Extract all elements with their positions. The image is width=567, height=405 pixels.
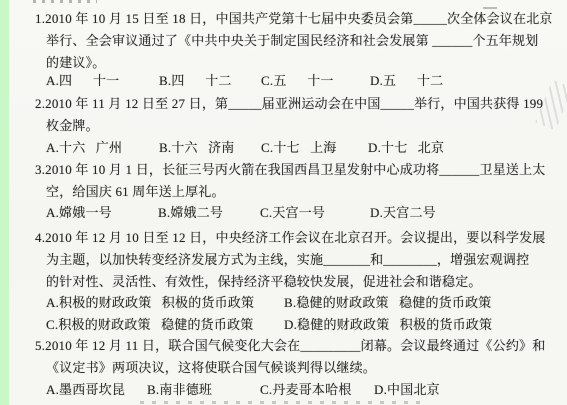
question-2-option-d: D.十七 北京 (368, 140, 444, 156)
question-5-option-a: A.墨西哥坎昆 (46, 382, 125, 398)
question-4-line-1: 4.2010 年 12 月 10 日至 12 日，中央经济工作会议在北京召开。会… (35, 230, 546, 246)
question-3-line-2: 空，给国庆 61 周年送上厚礼。 (46, 184, 225, 200)
question-2-line-2: 枚金牌。 (46, 118, 99, 134)
scan-edge-strip (0, 0, 9, 405)
question-3-option-a: A.嫦娥一号 (46, 205, 112, 221)
question-1-option-c: C.五 十一 (261, 73, 334, 89)
question-4-option-a: A.积极的财政政策 积极的货币政策 (46, 295, 254, 311)
scan-artifact-cropped-line-top (33, 0, 97, 3)
question-5-option-b: B.南非德班 (147, 382, 212, 398)
question-4-option-c: C.积极的财政政策 稳健的货币政策 (46, 317, 253, 333)
question-5-option-c: C.丹麦哥本哈根 (260, 382, 352, 398)
question-4-options-row-1: A.积极的财政政策 积极的货币政策 B.稳健的财政政策 稳健的货币政策 (0, 295, 567, 311)
question-4-option-b: B.稳健的财政政策 稳健的货币政策 (284, 295, 491, 311)
question-1-line-1: 1.2010 年 10 月 15 日至 18 日，中国共产党第十七届中央委员会第… (35, 11, 553, 27)
question-3-line-1: 3.2010 年 10 月 1 日，长征三号丙火箭在我国西昌卫星发射中心成功将_… (35, 162, 546, 178)
scanned-test-page: 1.2010 年 10 月 15 日至 18 日，中国共产党第十七届中央委员会第… (0, 0, 567, 405)
question-5-option-d: D.中国北京 (374, 382, 440, 398)
question-3-option-c: C.天宫一号 (260, 205, 325, 221)
question-1-line-2: 举行、全会审议通过了《中共中央关于制定国民经济和社会发展第 ______个五年规… (46, 33, 538, 49)
question-5-options: A.墨西哥坎昆 B.南非德班 C.丹麦哥本哈根 D.中国北京 (0, 382, 567, 398)
question-1-option-a: A.四 十一 (46, 73, 119, 89)
question-3-option-d: D.天宫二号 (370, 205, 436, 221)
question-5-line-1: 5.2010 年 12 月 11 日，联合国气候变化大会在_________闭幕… (35, 338, 545, 354)
question-3-options: A.嫦娥一号 B.嫦娥二号 C.天宫一号 D.天宫二号 (0, 205, 567, 221)
scan-artifact-cropped-line-bottom (140, 401, 420, 404)
question-2-options: A.十六 广州 B.十六 济南 C.十七 上海 D.十七 北京 (0, 140, 567, 156)
question-4-options-row-2: C.积极的财政政策 稳健的货币政策 D.稳健的财政政策 积极的货币政策 (0, 317, 567, 333)
question-5-line-2: 《议定书》两项决议，这将使联合国气候谈判得以继续。 (46, 360, 376, 376)
question-2-option-c: C.十七 上海 (261, 140, 336, 156)
question-2-option-b: B.十六 济南 (159, 140, 234, 156)
question-1-option-d: D.五 十二 (370, 73, 443, 89)
question-1-options: A.四 十一 B.四 十二 C.五 十一 D.五 十二 (0, 73, 567, 89)
question-4-line-2: 为主题，以加快转变经济发展方式为主线，实施_______和________，增强… (46, 252, 529, 268)
question-1-line-3: 的建议》。 (46, 55, 106, 71)
question-4-option-d: D.稳健的财政政策 积极的货币政策 (284, 317, 492, 333)
scan-artifact-dash (483, 7, 497, 9)
question-2-line-1: 2.2010 年 11 月 12 日至 27 日，第_____届亚洲运动会在中国… (35, 96, 543, 112)
question-3-option-b: B.嫦娥二号 (158, 205, 223, 221)
question-2-option-a: A.十六 广州 (46, 140, 122, 156)
question-4-line-3: 的针对性、灵活性、有效性，保持经济平稳较快发展，促进社会和谐稳定。 (46, 274, 482, 290)
question-1-option-b: B.四 十二 (159, 73, 232, 89)
